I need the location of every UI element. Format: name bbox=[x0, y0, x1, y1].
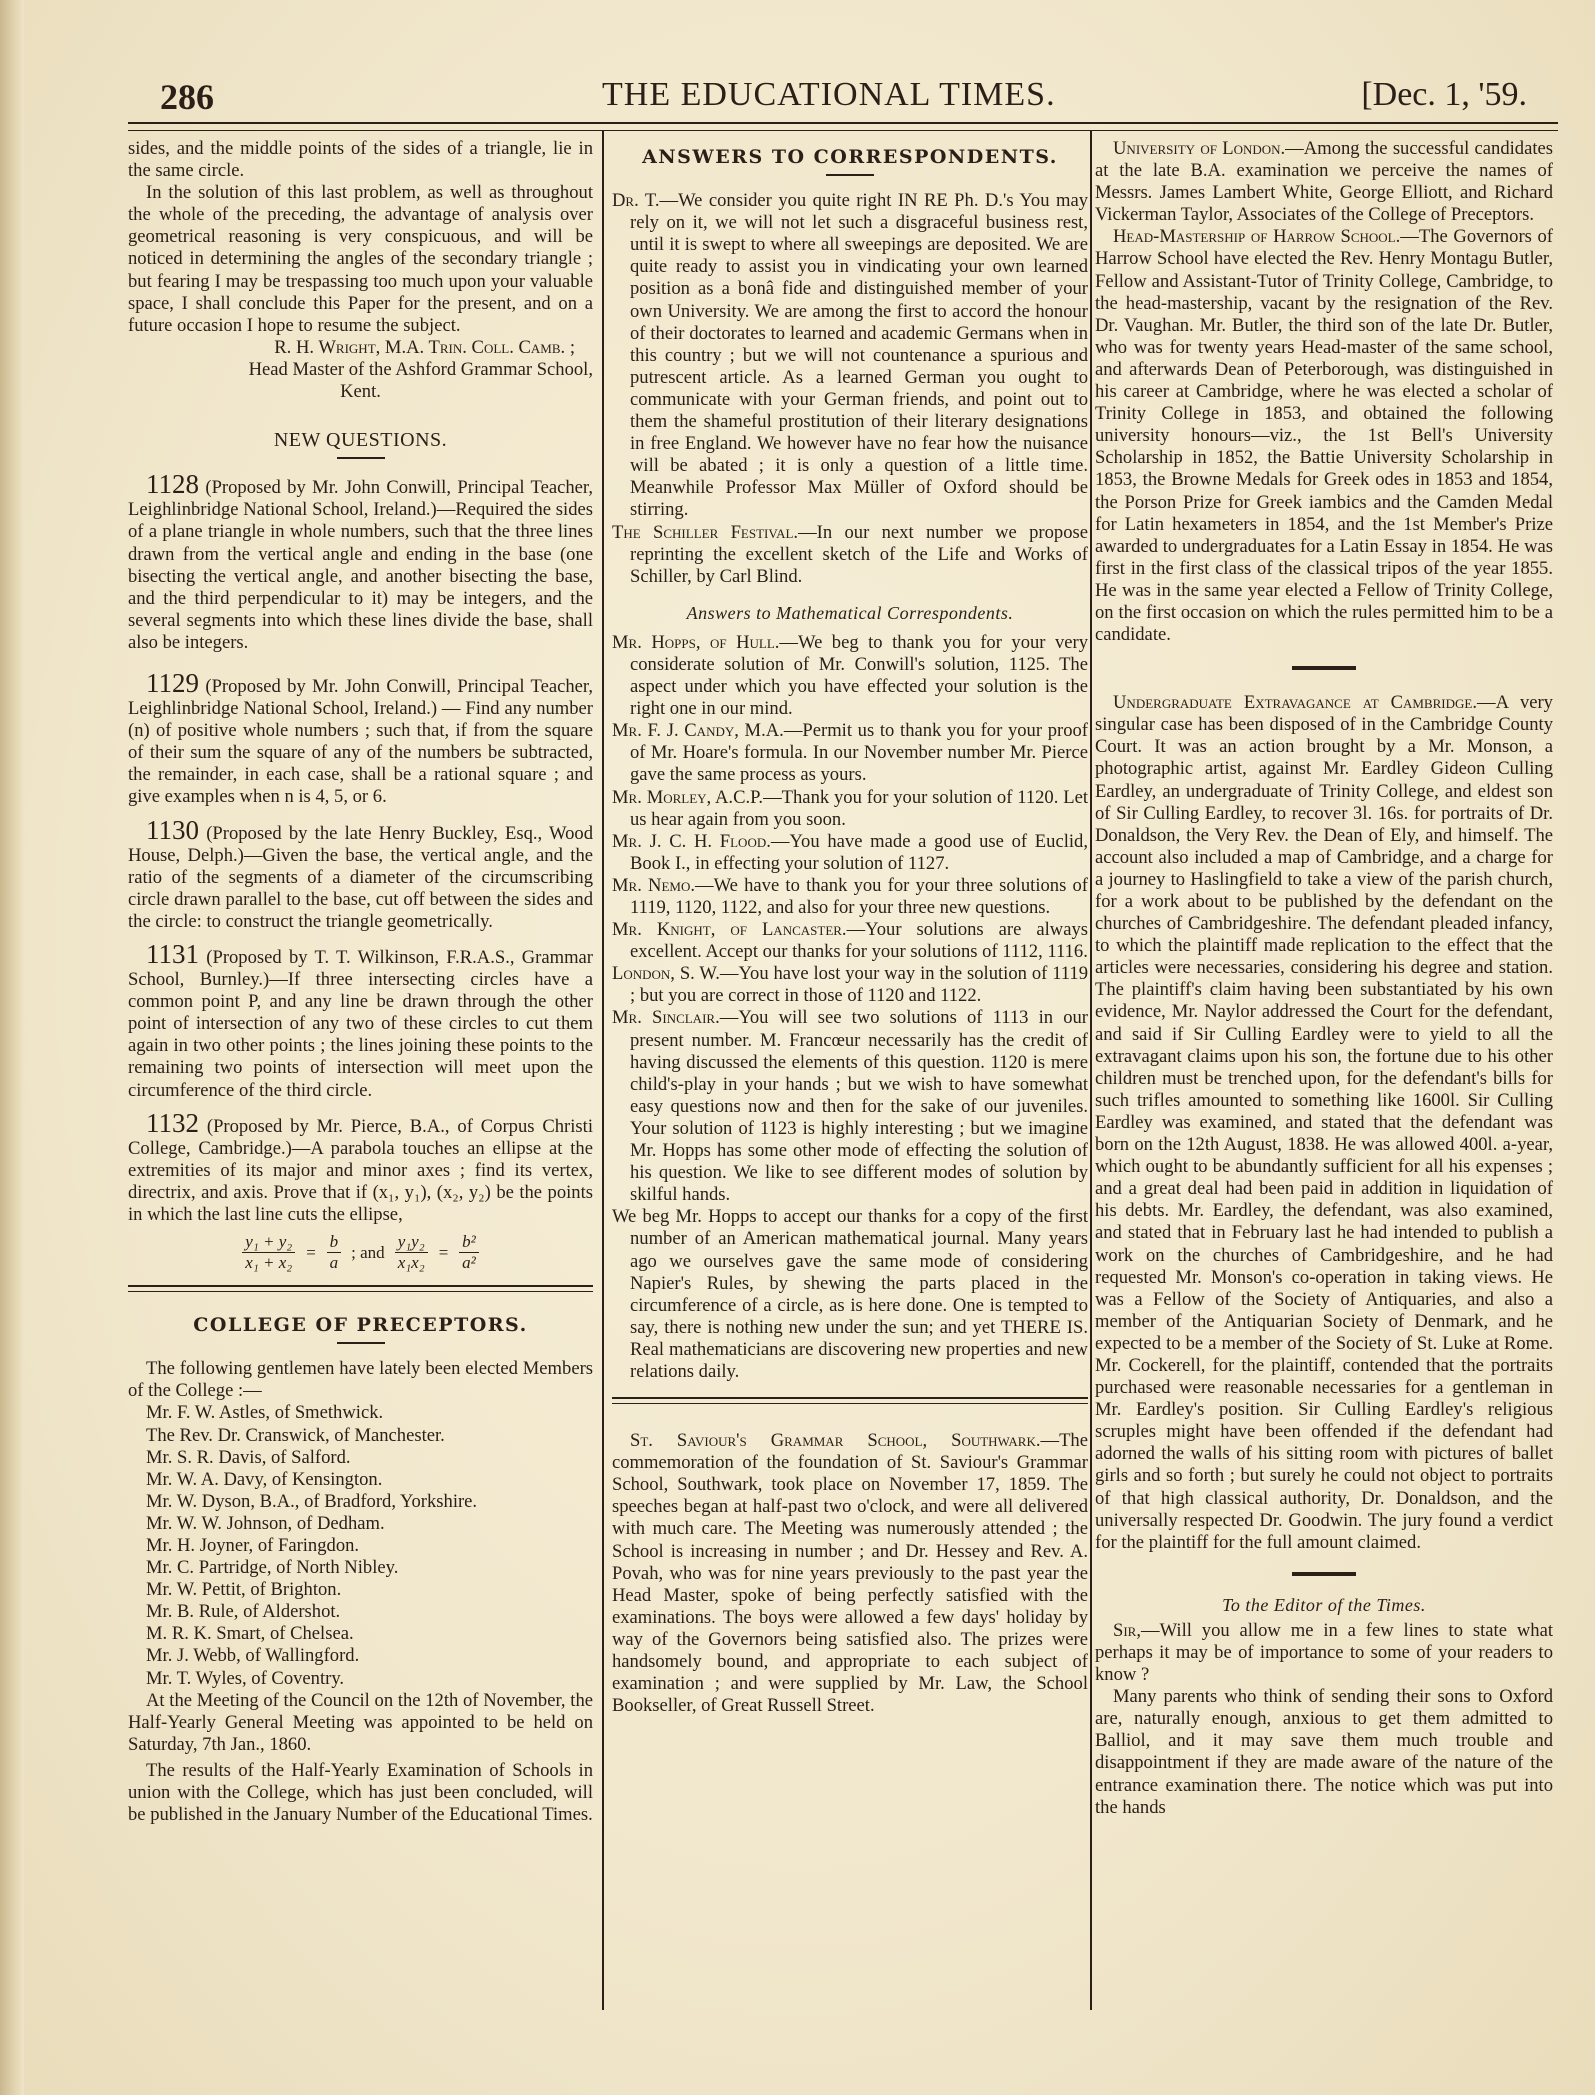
issue-date: [Dec. 1, '59. bbox=[1361, 76, 1527, 114]
page-header: 286 THE EDUCATIONAL TIMES. [Dec. 1, '59. bbox=[132, 76, 1547, 118]
heading-rule bbox=[337, 457, 385, 459]
st-saviours-article: St. Saviour's Grammar School, Southwark.… bbox=[612, 1430, 1088, 1717]
member-item: Mr. J. Webb, of Wallingford. bbox=[146, 1645, 593, 1667]
member-item: Mr. S. R. Davis, of Salford. bbox=[146, 1447, 593, 1469]
right-column: University of London.—Among the successf… bbox=[1095, 138, 1553, 1819]
left-column: sides, and the middle points of the side… bbox=[128, 138, 593, 1826]
member-item: Mr. W. Pettit, of Brighton. bbox=[146, 1579, 593, 1601]
member-item: Mr. C. Partridge, of North Nibley. bbox=[146, 1557, 593, 1579]
section-rule bbox=[612, 1397, 1088, 1404]
question-1130: 1130 (Proposed by the late Henry Buckley… bbox=[128, 819, 593, 933]
member-item: M. R. K. Smart, of Chelsea. bbox=[146, 1623, 593, 1645]
middle-column: ANSWERS TO CORRESPONDENTS. Dr. T.—We con… bbox=[612, 138, 1088, 1717]
publication-title: THE EDUCATIONAL TIMES. bbox=[602, 76, 1056, 114]
formula-fraction: ba bbox=[327, 1232, 342, 1273]
new-questions-heading: NEW QUESTIONS. bbox=[128, 429, 593, 451]
formula-fraction: y₁y₂x₁x₂ bbox=[395, 1232, 428, 1273]
university-of-london-article: University of London.—Among the successf… bbox=[1095, 138, 1553, 226]
answers-heading: ANSWERS TO CORRESPONDENTS. bbox=[612, 146, 1088, 168]
formula-fraction: b²a² bbox=[459, 1232, 479, 1273]
question-1131: 1131 (Proposed by T. T. Wilkinson, F.R.A… bbox=[128, 943, 593, 1102]
section-rule bbox=[128, 1285, 593, 1292]
signature-name: R. H. Wright, M.A. Trin. Coll. Camb. ; bbox=[128, 337, 593, 359]
member-item: Mr. W. W. Johnson, of Dedham. bbox=[146, 1513, 593, 1535]
formula-equals: = bbox=[305, 1242, 316, 1264]
newspaper-page: 286 THE EDUCATIONAL TIMES. [Dec. 1, '59.… bbox=[0, 0, 1595, 2095]
question-1132-formula: y₁ + y₂x₁ + x₂ = ba ; and y₁y₂x₁x₂ = b²a… bbox=[128, 1232, 593, 1273]
college-meeting-paragraph: At the Meeting of the Council on the 12t… bbox=[128, 1690, 593, 1756]
harrow-article: Head-Mastership of Harrow School.—The Go… bbox=[1095, 226, 1553, 646]
undergraduate-extravagance-article: Undergraduate Extravagance at Cambridge.… bbox=[1095, 692, 1553, 1554]
heading-rule bbox=[826, 174, 874, 176]
column-divider-right bbox=[1090, 130, 1092, 2010]
header-rule bbox=[128, 122, 1558, 131]
math-answer-entry: Mr. F. J. Candy, M.A.—Permit us to thank… bbox=[612, 720, 1088, 786]
math-answer-entry: Mr. Morley, A.C.P.—Thank you for your so… bbox=[612, 787, 1088, 831]
member-item: Mr. W. Dyson, B.A., of Bradford, Yorkshi… bbox=[146, 1491, 593, 1513]
math-answer-entry: Mr. Nemo.—We have to thank you for your … bbox=[612, 875, 1088, 919]
member-item: The Rev. Dr. Cranswick, of Manchester. bbox=[146, 1425, 593, 1447]
member-item: Mr. H. Joyner, of Faringdon. bbox=[146, 1535, 593, 1557]
section-rule bbox=[1292, 666, 1356, 670]
page-number: 286 bbox=[160, 76, 214, 118]
college-of-preceptors-heading: COLLEGE OF PRECEPTORS. bbox=[128, 1314, 593, 1336]
continuation-paragraph-1: sides, and the middle points of the side… bbox=[128, 138, 593, 182]
college-results-paragraph: The results of the Half-Yearly Examinati… bbox=[128, 1760, 593, 1826]
formula-fraction: y₁ + y₂x₁ + x₂ bbox=[242, 1232, 295, 1273]
section-rule bbox=[1292, 1572, 1356, 1576]
formula-connector: ; and bbox=[351, 1242, 385, 1264]
question-1128: 1128 (Proposed by Mr. John Conwill, Prin… bbox=[128, 473, 593, 654]
math-answers-subheading: Answers to Mathematical Correspondents. bbox=[612, 602, 1088, 624]
math-answer-entry: London, S. W.—You have lost your way in … bbox=[612, 963, 1088, 1007]
formula-equals: = bbox=[438, 1242, 449, 1264]
page-binding-edge bbox=[0, 0, 24, 2095]
question-1129: 1129 (Proposed by Mr. John Conwill, Prin… bbox=[128, 672, 593, 809]
math-answer-entry: Mr. J. C. H. Flood.—You have made a good… bbox=[612, 831, 1088, 875]
member-item: Mr. B. Rule, of Aldershot. bbox=[146, 1601, 593, 1623]
member-item: Mr. T. Wyles, of Coventry. bbox=[146, 1668, 593, 1690]
answer-entry: The Schiller Festival.—In our next numbe… bbox=[612, 522, 1088, 588]
letter-heading: To the Editor of the Times. bbox=[1095, 1594, 1553, 1616]
college-intro: The following gentlemen have lately been… bbox=[128, 1358, 593, 1402]
math-answer-entry: Mr. Knight, of Lancaster.—Your solutions… bbox=[612, 919, 1088, 963]
question-1132: 1132 (Proposed by Mr. Pierce, B.A., of C… bbox=[128, 1112, 593, 1226]
signature-title: Head Master of the Ashford Grammar Schoo… bbox=[128, 359, 593, 381]
answer-entry: Dr. T.—We consider you quite right IN RE… bbox=[612, 190, 1088, 521]
letter-paragraph-1: Sir,—Will you allow me in a few lines to… bbox=[1095, 1620, 1553, 1686]
members-list: Mr. F. W. Astles, of Smethwick. The Rev.… bbox=[128, 1402, 593, 1689]
math-answer-entry: Mr. Hopps, of Hull.—We beg to thank you … bbox=[612, 632, 1088, 720]
continuation-paragraph-2: In the solution of this last problem, as… bbox=[128, 182, 593, 337]
member-item: Mr. W. A. Davy, of Kensington. bbox=[146, 1469, 593, 1491]
math-answer-entry: We beg Mr. Hopps to accept our thanks fo… bbox=[612, 1206, 1088, 1383]
member-item: Mr. F. W. Astles, of Smethwick. bbox=[146, 1402, 593, 1424]
math-answer-entry: Mr. Sinclair.—You will see two solutions… bbox=[612, 1007, 1088, 1206]
signature-place: Kent. bbox=[128, 381, 593, 403]
column-divider-left bbox=[602, 130, 604, 2010]
heading-rule bbox=[337, 1342, 385, 1344]
letter-paragraph-2: Many parents who think of sending their … bbox=[1095, 1686, 1553, 1819]
